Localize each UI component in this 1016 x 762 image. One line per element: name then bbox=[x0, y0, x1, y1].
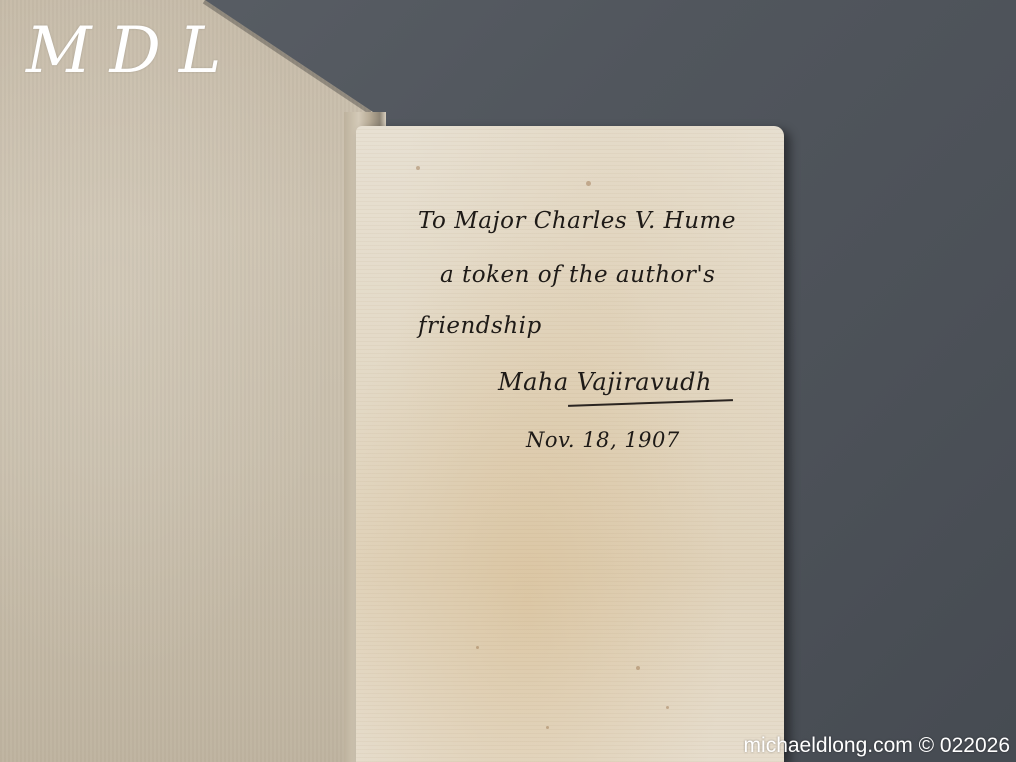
foxing-spot bbox=[546, 726, 549, 729]
inscription-line-3: friendship bbox=[418, 313, 542, 339]
foxing-spot bbox=[476, 646, 479, 649]
inscription-date: Nov. 18, 1907 bbox=[526, 428, 680, 452]
foxing-spot bbox=[586, 181, 591, 186]
inscription-line-1: To Major Charles V. Hume bbox=[418, 208, 736, 234]
left-endpaper bbox=[0, 0, 382, 762]
inscription-line-2: a token of the author's bbox=[440, 262, 715, 288]
foxing-spot bbox=[636, 666, 640, 670]
signature: Maha Vajiravudh bbox=[498, 368, 712, 396]
copyright-watermark: michaeldlong.com © 022026 bbox=[744, 734, 1010, 758]
photo-scene: To Major Charles V. Hume a token of the … bbox=[0, 0, 1016, 762]
mdl-monogram-logo: MDL bbox=[26, 14, 239, 88]
foxing-spot bbox=[666, 706, 669, 709]
foxing-spot bbox=[416, 166, 420, 170]
